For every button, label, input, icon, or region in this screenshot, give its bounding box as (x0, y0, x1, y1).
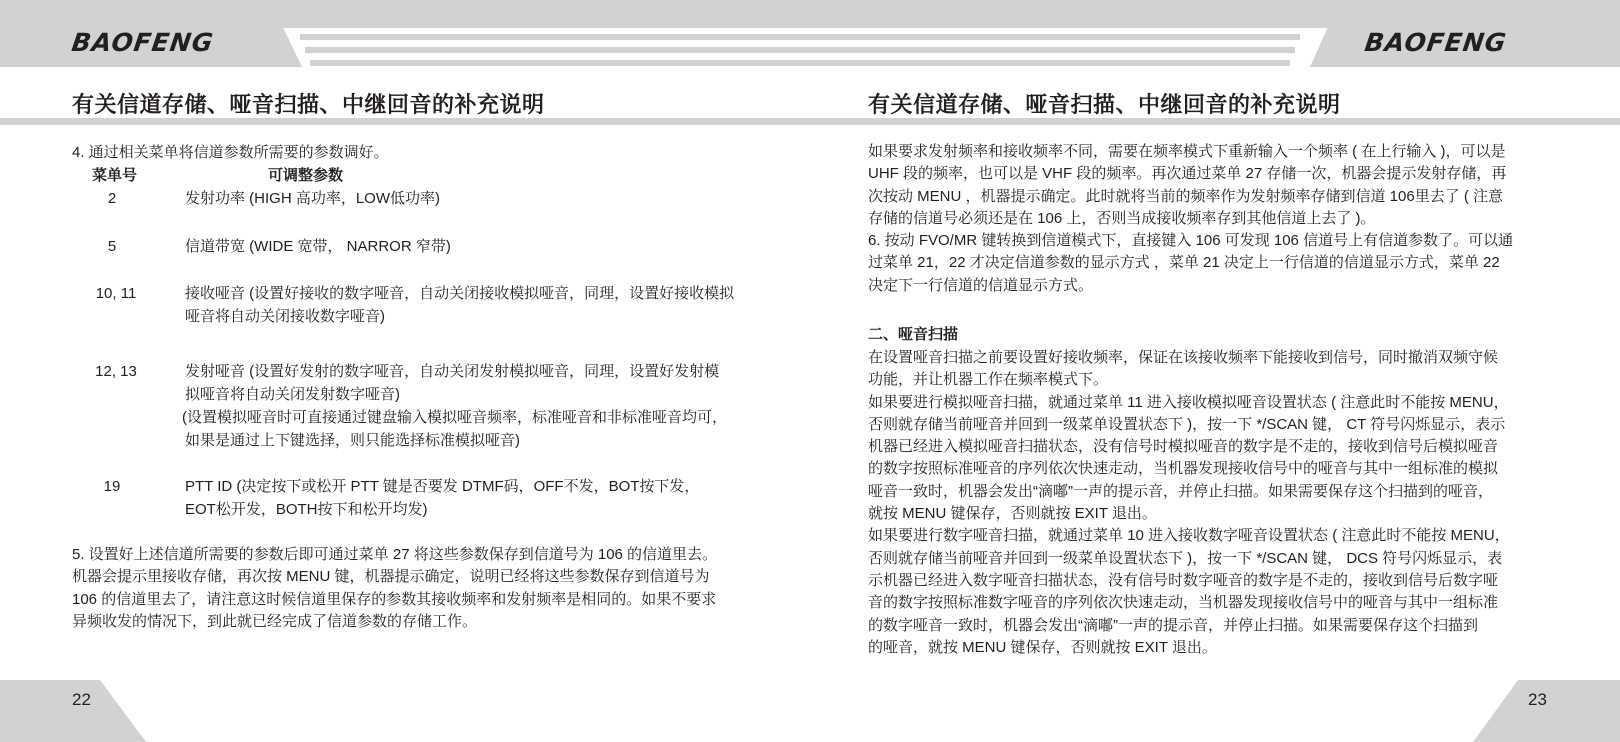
table-header-param: 可调整参数 (268, 165, 343, 187)
brand-logo-left: BAOFENG (70, 28, 216, 57)
text-line: 6. 按动 FVO/MR 键转换到信道模式下，直接键入 106 可发现 106 … (868, 230, 1568, 252)
table-header-menu-no: 菜单号 (92, 165, 137, 187)
menu-description: 哑音将自动关闭接收数字哑音) (185, 306, 755, 328)
text-line: 106 的信道里去了，请注意这时候信道里保存的参数其接收频率和发射频率是相同的。… (72, 589, 772, 611)
text-line: 存储的信道号必须还是在 106 上，否则当成接收频率存到其他信道上去了 )。 (868, 208, 1568, 230)
text-line: 次按动 MENU ，机器提示确定。此时就将当前的频率作为发射频率存储到信道 10… (868, 186, 1568, 208)
text-line: 示机器已经进入数字哑音扫描状态，没有信号时数字哑音的数字是不走的，接收到信号后数… (868, 570, 1568, 592)
right-section-2-body: 在设置哑音扫描之前要设置好接收频率，保证在该接收频率下能接收到信号，同时撤消双频… (868, 347, 1568, 659)
section-heading-squelch-scan: 二、哑音扫描 (868, 324, 958, 346)
text-line: 音的数字按照标准数字哑音的序列依次快速走动，当机器发现接收信号中的哑音与其中一组… (868, 592, 1568, 614)
menu-description: 接收哑音 (设置好接收的数字哑音，自动关闭接收模拟哑音，同理，设置好接收模拟 (185, 283, 755, 305)
text-line: 如果要进行数字哑音扫描，就通过菜单 10 进入接收数字哑音设置状态 ( 注意此时… (868, 525, 1568, 547)
step-4-text: 4. 通过相关菜单将信道参数所需要的参数调好。 (72, 142, 389, 164)
menu-description: 如果是通过上下键选择，则只能选择标准模拟哑音) (185, 430, 755, 452)
menu-description: 信道带宽 (WIDE 宽带， NARROR 窄带) (185, 236, 755, 258)
menu-table: 2 发射功率 (HIGH 高功率，LOW低功率) 5 信道带宽 (WIDE 宽带… (0, 188, 800, 518)
menu-number: 10, 11 (76, 283, 156, 305)
text-line: 机器已经进入模拟哑音扫描状态，没有信号时模拟哑音的数字是不走的，接收到信号后模拟… (868, 436, 1568, 458)
menu-number: 12, 13 (76, 361, 156, 383)
menu-number: 19 (72, 476, 152, 498)
menu-number: 2 (72, 188, 152, 210)
header-stripe (310, 60, 1290, 66)
text-line: 功能，并让机器工作在频率模式下。 (868, 369, 1568, 391)
right-paragraph-1: 如果要求发射频率和接收频率不同，需要在频率模式下重新输入一个频率 ( 在上行输入… (868, 141, 1568, 297)
menu-description: EOT松开发，BOTH按下和松开均发) (185, 499, 755, 521)
text-line: UHF 段的频率，也可以是 VHF 段的频率。再次通过菜单 27 存储一次，机器… (868, 163, 1568, 185)
text-line: 机器会提示里接收存储，再次按 MENU 键，机器提示确定，说明已经将这些参数保存… (72, 566, 772, 588)
text-line: 否则就存储当前哑音并回到一级菜单设置状态下 )，按一下 */SCAN 键， CT… (868, 414, 1568, 436)
menu-description: 拟哑音将自动关闭发射数字哑音) (185, 384, 755, 406)
text-line: 的数字按照标准哑音的序列依次快速走动，当机器发现接收信号中的哑音与其中一组标准的… (868, 458, 1568, 480)
menu-description: PTT ID (决定按下或松开 PTT 键是否要发 DTMF码，OFF不发，BO… (185, 476, 755, 498)
text-line: 5. 设置好上述信道所需要的参数后即可通过菜单 27 将这些参数保存到信道号为 … (72, 544, 772, 566)
page-title-left: 有关信道存储、哑音扫描、中继回音的补充说明 (72, 88, 545, 119)
text-line: 否则就存储当前哑音并回到一级菜单设置状态下 )，按一下 */SCAN 键， DC… (868, 548, 1568, 570)
text-line: 异频收发的情况下，到此就已经完成了信道参数的存储工作。 (72, 611, 772, 633)
text-line: 过菜单 21，22 才决定信道参数的显示方式 ，菜单 21 决定上一行信道的信道… (868, 252, 1568, 274)
text-line: 的哑音，就按 MENU 键保存，否则就按 EXIT 退出。 (868, 637, 1568, 659)
page-number-right: 23 (1528, 690, 1547, 710)
text-line: 如果要进行模拟哑音扫描，就通过菜单 11 进入接收模拟哑音设置状态 ( 注意此时… (868, 392, 1568, 414)
brand-logo-right: BAOFENG (1363, 28, 1509, 57)
menu-description: 发射哑音 (设置好发射的数字哑音，自动关闭发射模拟哑音，同理，设置好发射模 (185, 361, 755, 383)
menu-description: 发射功率 (HIGH 高功率，LOW低功率) (185, 188, 755, 210)
step-5-paragraph: 5. 设置好上述信道所需要的参数后即可通过菜单 27 将这些参数保存到信道号为 … (72, 544, 772, 633)
text-line: 哑音一致时，机器会发出“滴嘟”一声的提示音，并停止扫描。如果需要保存这个扫描到的… (868, 481, 1568, 503)
page-number-left: 22 (72, 690, 91, 710)
page-title-right: 有关信道存储、哑音扫描、中继回音的补充说明 (868, 88, 1341, 119)
menu-description: (设置模拟哑音时可直接通过键盘输入模拟哑音频率，标准哑音和非标准哑音均可， (182, 407, 752, 429)
text-line: 决定下一行信道的信道显示方式。 (868, 275, 1568, 297)
menu-number: 5 (72, 236, 152, 258)
header-stripe (305, 47, 1295, 53)
text-line: 的数字哑音一致时，机器会发出“滴嘟”一声的提示音，并停止扫描。如果需要保存这个扫… (868, 615, 1568, 637)
text-line: 在设置哑音扫描之前要设置好接收频率，保证在该接收频率下能接收到信号，同时撤消双频… (868, 347, 1568, 369)
title-underline (0, 118, 1620, 125)
text-line: 如果要求发射频率和接收频率不同，需要在频率模式下重新输入一个频率 ( 在上行输入… (868, 141, 1568, 163)
header-stripe (300, 34, 1300, 40)
text-line: 就按 MENU 键保存，否则就按 EXIT 退出。 (868, 503, 1568, 525)
